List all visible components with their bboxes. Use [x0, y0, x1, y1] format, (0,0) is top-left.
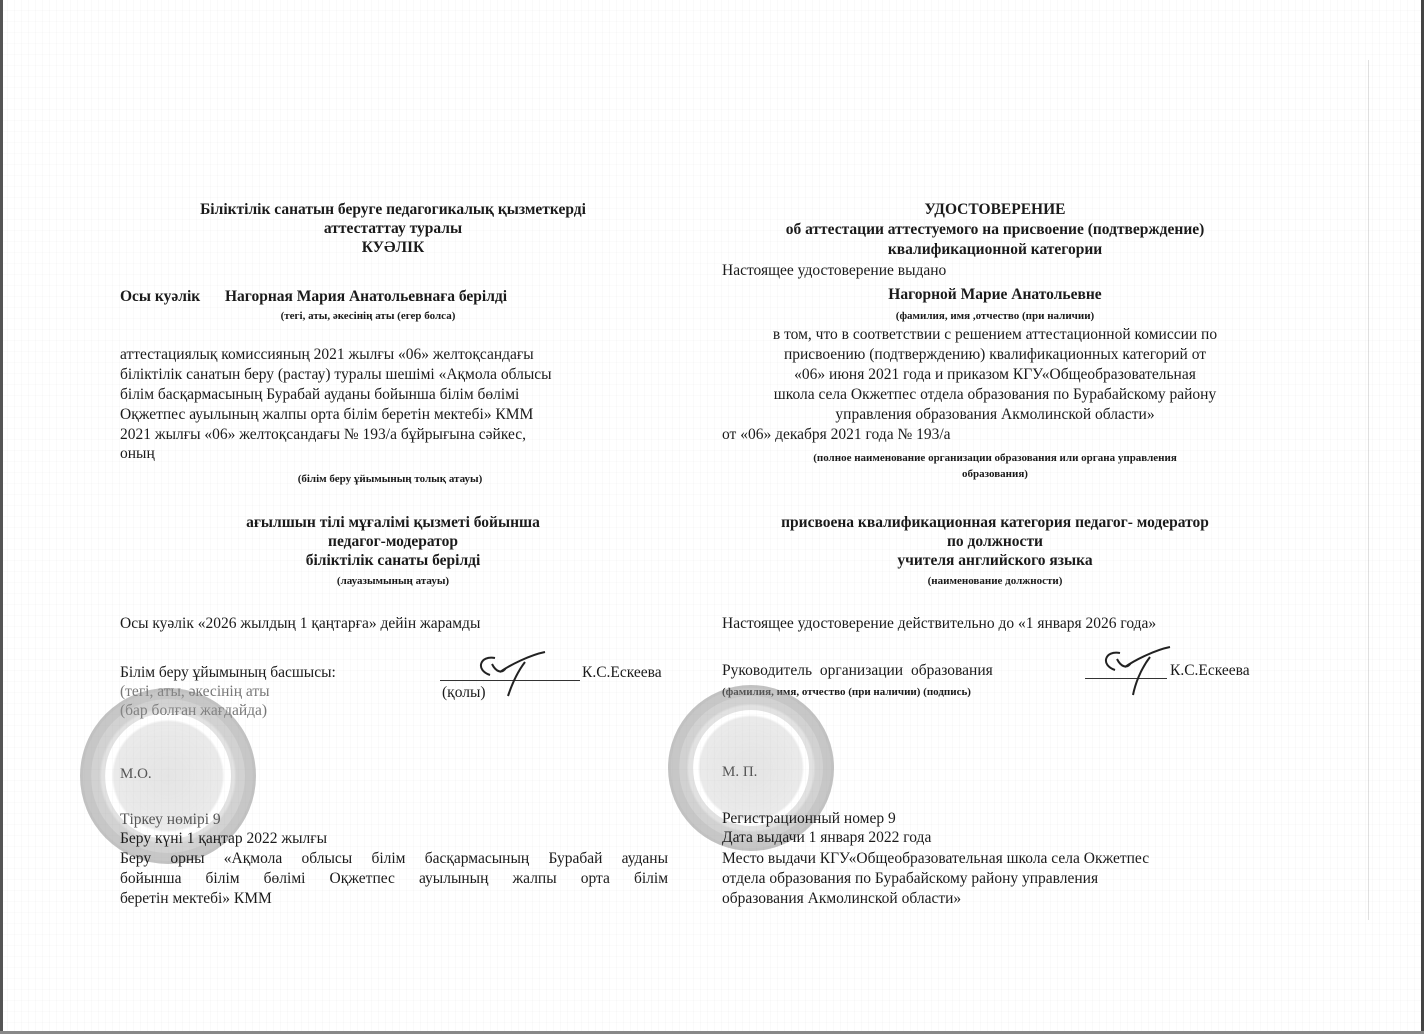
left-body-line: біліктілік санатын беру (растау) туралы …: [120, 365, 552, 384]
left-body-line: Оқжетпес ауылының жалпы орта білім берет…: [120, 405, 533, 424]
right-body-line: в том, что в соответствии с решением атт…: [715, 325, 1275, 344]
right-body-line: школа села Окжетпес отдела образования п…: [715, 385, 1275, 404]
right-order-line: от «06» декабря 2021 года № 193/а: [722, 425, 951, 444]
right-category-line3: учителя английского языка: [715, 551, 1275, 570]
left-issue-place-line: Беру орны «Ақмола облысы білім басқармас…: [120, 849, 668, 868]
left-body-line: білім басқармасының Бурабай ауданы бойын…: [120, 385, 519, 404]
left-issued-prefix: Осы куәлік: [120, 287, 200, 306]
left-position-line3: біліктілік санаты берілді: [118, 551, 668, 570]
left-head-label: Білім беру ұйымының басшысы:: [120, 663, 336, 682]
left-issue-place-line: беретін мектебі» КММ: [120, 889, 272, 908]
left-issue-place-line: бойынша білім бөлімі Оқжетпес ауылының ж…: [120, 869, 668, 888]
right-title-line2: квалификационной категории: [715, 240, 1275, 259]
right-reg-number: Регистрационный номер 9: [722, 809, 896, 828]
right-position-caption: (наименование должности): [715, 572, 1275, 591]
right-title-line1: об аттестации аттестуемого на присвоение…: [715, 220, 1275, 239]
right-issued-name: Нагорной Марие Анатольевне: [715, 285, 1275, 304]
left-title-main: КУӘЛІК: [118, 238, 668, 257]
scan-edge-left: [0, 0, 3, 1034]
right-name-caption: (фамилия, имя ,отчество (при наличии): [715, 307, 1275, 326]
left-body-line: аттестациялық комиссияның 2021 жылғы «06…: [120, 345, 534, 364]
fold-line: [1368, 60, 1369, 920]
left-issued-name: Нагорная Мария Анатольевнаға берілді: [225, 287, 507, 306]
left-stamp-label: М.О.: [120, 766, 152, 783]
left-position-caption: (лауазымының атауы): [118, 572, 668, 591]
left-signer: К.С.Ескеева: [582, 663, 662, 682]
left-org-caption: (білім беру ұйымының толық атауы): [240, 470, 540, 489]
left-body-line: оның: [120, 444, 155, 463]
left-body-line: 2021 жылғы «06» желтоқсандағы № 193/а бұ…: [120, 425, 526, 444]
left-reg-number: Тіркеу нөмірі 9: [120, 810, 221, 829]
right-org-caption-line2: образования): [715, 465, 1275, 484]
right-body-line: «06» июня 2021 года и приказом КГУ«Общео…: [715, 365, 1275, 384]
left-validity: Осы куәлік «2026 жылдың 1 қаңтарға» дейі…: [120, 614, 480, 633]
right-issued-prefix: Настоящее удостоверение выдано: [722, 261, 946, 280]
left-signature-caption: (қолы): [442, 683, 486, 702]
right-validity: Настоящее удостоверение действительно до…: [722, 614, 1156, 633]
right-issue-date: Дата выдачи 1 января 2022 года: [722, 828, 931, 847]
right-issue-place-line: отдела образования по Бурабайскому район…: [722, 869, 1098, 888]
right-body-line: присвоению (подтверждению) квалификацион…: [715, 345, 1275, 364]
right-head-label: Руководитель организации образования: [722, 661, 993, 680]
right-category-line2: по должности: [715, 532, 1275, 551]
left-name-caption: (тегі, аты, әкесінің аты (егер болса): [218, 307, 518, 326]
left-position-line1: ағылшын тілі мұғалімі қызметі бойынша: [118, 513, 668, 532]
right-stamp-label: М. П.: [722, 764, 757, 781]
left-title-line2: аттестаттау туралы: [118, 219, 668, 238]
right-issue-place-line: Место выдачи КГУ«Общеобразовательная шко…: [722, 849, 1149, 868]
left-title-line1: Біліктілік санатын беруге педагогикалық …: [118, 200, 668, 219]
right-category-line1: присвоена квалификационная категория пед…: [715, 513, 1275, 532]
right-signer: К.С.Ескеева: [1170, 661, 1250, 680]
right-body-line: управления образования Акмолинской облас…: [715, 405, 1275, 424]
left-issue-date: Беру күні 1 қаңтар 2022 жылғы: [120, 829, 327, 848]
left-position-line2: педагог-модератор: [118, 532, 668, 551]
right-issue-place-line: образования Акмолинской области»: [722, 889, 961, 908]
right-title-main: УДОСТОВЕРЕНИЕ: [715, 200, 1275, 219]
